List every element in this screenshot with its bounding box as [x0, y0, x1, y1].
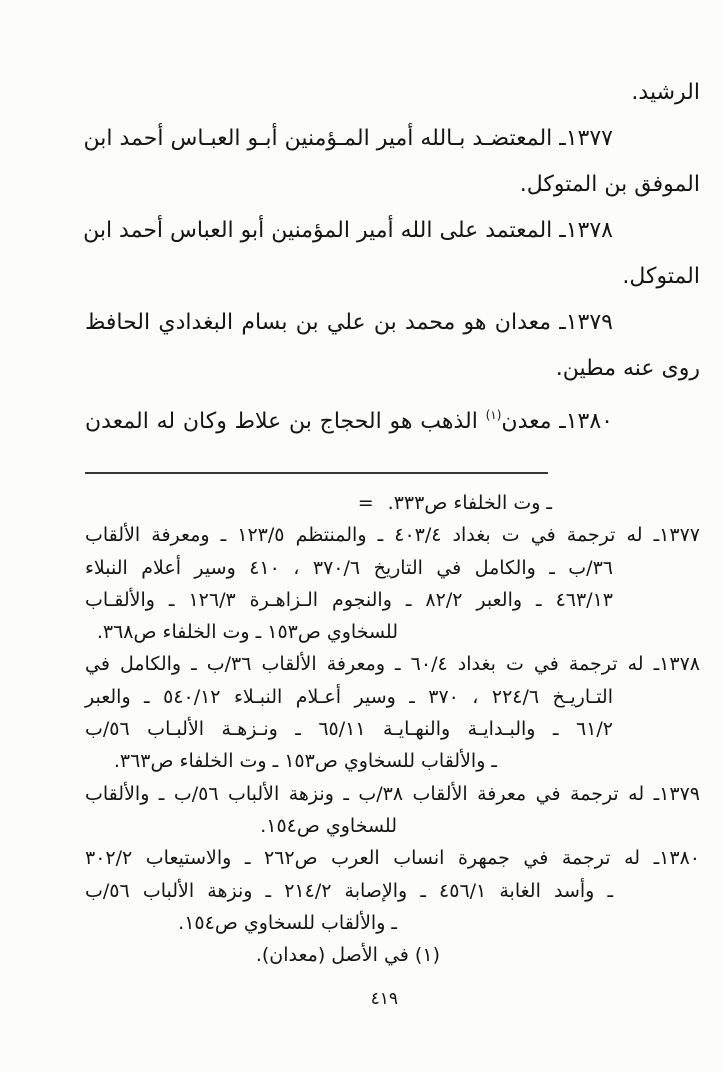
footnote-separator-rule — [85, 472, 548, 474]
body-line: روى عنه مطين. — [85, 346, 700, 392]
paragraph-first-line-1379: ١٣٧٩ـ معدان هو محمد بن علي بن بسام البغد… — [85, 300, 700, 346]
footnote-line: ٦١/٢ ـ والبـدايـة والنهـايـة ٦٥/١١ ـ ونـ… — [85, 713, 700, 745]
footnote-line-1379: ١٣٧٩ـ له ترجمة في معرفة الألقاب ٣٨/ب ـ و… — [85, 778, 700, 810]
footnote-line: ٣٦/ب ـ والكامل في التاريخ ٣٧٠/٦ ، ٤١٠ وس… — [85, 552, 700, 584]
scanned-book-page: الرشيد. ١٣٧٧ـ المعتضـد بـالله أمير المـؤ… — [0, 0, 722, 1072]
footnote-line: ٤٦٣/١٣ ـ والعبر ٨٢/٢ ـ والنجوم الـزاهـرة… — [85, 584, 700, 616]
body-line: الرشيد. — [85, 70, 700, 116]
footnote-line-1380: ١٣٨٠ـ له ترجمة في جمهرة انساب العرب ص٢٦٢… — [85, 842, 700, 874]
continuation-equals-mark: = — [358, 492, 374, 514]
body-line-segment: ١٣٨٠ـ معدن — [501, 409, 613, 434]
footnote-line: للسخاوي ص١٥٤. — [85, 810, 700, 842]
footnote-line-1377: ١٣٧٧ـ له ترجمة في ت بغداد ٤٠٣/٤ ـ والمنت… — [85, 519, 700, 551]
footnote-line-1378: ١٣٧٨ـ له ترجمة في ت بغداد ٦٠/٤ ـ ومعرفة … — [85, 648, 700, 680]
page-number: ٤١٩ — [85, 986, 700, 1012]
body-line: الموفق بن المتوكل. — [85, 162, 700, 208]
editor-note-line: (١) في الأصل (معدان). — [85, 939, 700, 971]
footnote-line: ـ والألقاب للسخاوي ص١٥٣ ـ وت الخلفاء ص٣٦… — [85, 745, 700, 777]
footnote-line: ـ وأسد الغابة ٤٥٦/١ ـ والإصابة ٢١٤/٢ ـ و… — [85, 875, 700, 907]
footnotes-block: ـ وت الخلفاء ص٣٣٣.= ١٣٧٧ـ له ترجمة في ت … — [85, 487, 700, 971]
footnote-line: التـاريـخ ٢٢٤/٦ ، ٣٧٠ ـ وسير أعـلام النب… — [85, 681, 700, 713]
paragraph-first-line-1380: ١٣٨٠ـ معدن(١) الذهب هو الحجاج بن علاط وك… — [85, 392, 700, 438]
paragraph-first-line-1378: ١٣٧٨ـ المعتمد على الله أمير المؤمنين أبو… — [85, 208, 700, 254]
footnote-line: للسخاوي ص١٥٣ ـ وت الخلفاء ص٣٦٨. — [85, 616, 700, 648]
paragraph-first-line-1377: ١٣٧٧ـ المعتضـد بـالله أمير المـؤمنين أبـ… — [85, 116, 700, 162]
main-text-block: الرشيد. ١٣٧٧ـ المعتضـد بـالله أمير المـؤ… — [85, 70, 700, 438]
footnote-continuation-line: ـ وت الخلفاء ص٣٣٣.= — [85, 487, 700, 519]
body-line-segment: الذهب هو الحجاج بن علاط وكان له المعدن — [85, 409, 486, 434]
footnote-ref-superscript: (١) — [486, 408, 502, 422]
body-line: المتوكل. — [85, 254, 700, 300]
footnote-line: ـ والألقاب للسخاوي ص١٥٤. — [85, 907, 700, 939]
footnote-text: ـ وت الخلفاء ص٣٣٣. — [388, 492, 552, 514]
